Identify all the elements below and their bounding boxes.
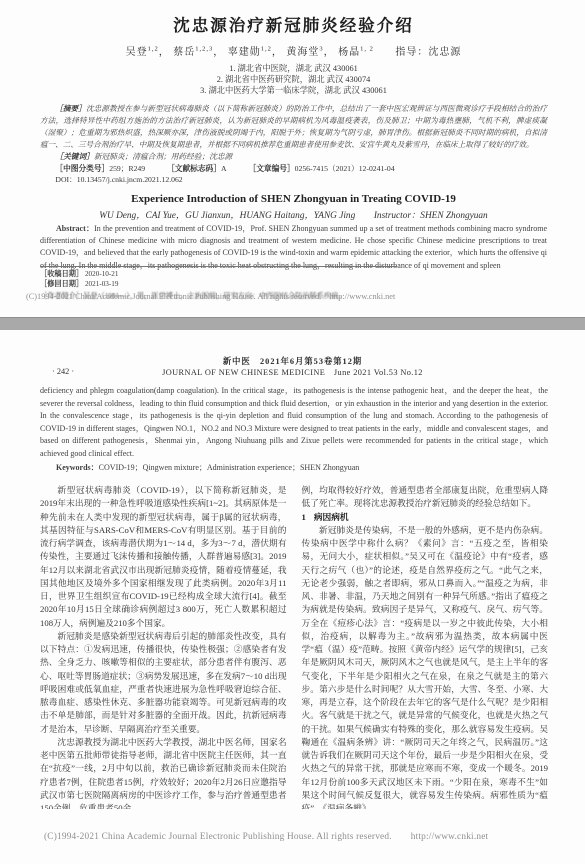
section-number: 1 (302, 512, 306, 522)
body-columns: 新型冠状病毒肺炎（COVID-19），以下简称新冠肺炎，是2019年末出现的一种… (40, 484, 548, 809)
affiliation-line: 2. 湖北省中医药研究院，湖北 武汉 430074 (40, 74, 547, 85)
affiliations: 1. 湖北省中医院，湖北 武汉 430061 2. 湖北省中医药研究院，湖北 武… (40, 63, 547, 96)
body-paragraph: 新型冠状病毒肺炎（COVID-19），以下简称新冠肺炎，是2019年末出现的一种… (40, 484, 287, 630)
journal-header-en: JOURNAL OF NEW CHINESE MEDICINE June 202… (0, 367, 585, 378)
revised-date: ［修回日期］ 2021-03-19 (40, 280, 548, 290)
doi-line: DOI：10.13457/j.cnki.jncm.2021.12.062 (40, 174, 547, 185)
en-abstract-part2: deficiency and phlegm coagulation(damp c… (40, 385, 548, 461)
copyright-line-page1: (C)1994-2021 China Academic Journal Elec… (26, 290, 395, 302)
page-2: 新中医 2021年6月第53卷第12期 JOURNAL OF NEW CHINE… (0, 330, 585, 864)
authors-line: 吴登1,2， 蔡岳1,2,3， 辜建勋1,2， 黄海堂3， 杨晶1, 2 指导：… (40, 43, 547, 58)
received-date: ［收稿日期］ 2020-10-21 (40, 270, 548, 280)
cn-keywords-label: ［关键词］ (55, 152, 93, 161)
author: 辜建勋1,2， (228, 47, 283, 58)
body-paragraph: 新冠肺炎是传染病，不是一般的外感病，更不是内伤杂病。传染病中医学中称什么病？《素… (302, 524, 549, 809)
doc-code-value: A (221, 164, 227, 173)
author: 杨晶1, 2 (338, 47, 374, 58)
author: 吴登1,2， (126, 47, 170, 58)
affiliation-line: 3. 湖北中医药大学第一临床学院，湖北 武汉 430061 (40, 85, 547, 96)
paper-viewer: 沈忠源治疗新冠肺炎经验介绍 吴登1,2， 蔡岳1,2,3， 辜建勋1,2， 黄海… (0, 0, 585, 864)
en-keywords-label: Keywords： (56, 463, 99, 472)
journal-header-cn: 新中医 2021年6月第53卷第12期 (0, 356, 585, 367)
copyright-footer: (C)1994-2021 China Academic Journal Elec… (44, 828, 549, 842)
body-right-column: 例，均取得较好疗效，普通型患者全部康复出院，危重型病人降低了死亡率。现将沈忠源教… (302, 484, 549, 809)
page-separator (0, 317, 585, 331)
page-number: · 242 · (52, 367, 74, 376)
article-title-cn: 沈忠源治疗新冠肺炎经验介绍 (40, 12, 547, 36)
doc-code-label: ［文献标志码］ (167, 164, 221, 173)
affiliation-line: 1. 湖北省中医院，湖北 武汉 430061 (40, 63, 547, 74)
page-1-content: 沈忠源治疗新冠肺炎经验介绍 吴登1,2， 蔡岳1,2,3， 辜建勋1,2， 黄海… (0, 0, 585, 272)
en-abstract-part1: Abstract：In the prevention and treatment… (40, 223, 547, 273)
cn-keywords: ［关键词］新冠肺炎；清瘟合剂；用药经验；沈忠源 (40, 151, 547, 162)
footnote-rule (40, 266, 396, 267)
author: 黄海堂3， (286, 47, 334, 58)
clc-line: ［中图分类号］259；R249［文献标志码］A［文章编号］0256-7415（2… (40, 163, 547, 174)
section-heading: 1病因病机 (302, 511, 549, 524)
clc-label: ［中图分类号］ (55, 164, 109, 173)
article-title-en: Experience Introduction of SHEN Zhongyua… (40, 193, 547, 205)
author: 蔡岳1,2,3， (173, 47, 224, 58)
page-1: 沈忠源治疗新冠肺炎经验介绍 吴登1,2， 蔡岳1,2,3， 辜建勋1,2， 黄海… (0, 0, 585, 317)
cn-abstract: ［摘要］沈忠源教授在参与新型冠状病毒肺炎（以下简称新冠肺炎）的防治工作中，总结出… (40, 103, 547, 151)
body-paragraph: 新冠肺炎是感染新型冠状病毒后引起的肺部炎性改变，具有以下特点：①发病迅速，传播很… (40, 630, 287, 736)
cn-abstract-label: ［摘要］ (55, 104, 86, 113)
authors-line-en: WU Deng，CAI Yue，GU Jianxun，HUANG Haitang… (40, 207, 547, 221)
instructor: 指导：沈忠源 (395, 47, 461, 58)
en-keywords: Keywords：COVID-19；Qingwen mixture；Admini… (40, 462, 548, 475)
article-no-label: ［文章编号］ (249, 164, 295, 173)
en-abstract-label: Abstract： (56, 224, 94, 233)
en-abstract-continued-block: deficiency and phlegm coagulation(damp c… (40, 385, 548, 474)
body-paragraph: 例，均取得较好疗效，普通型患者全部康复出院，危重型病人降低了死亡率。现将沈忠源教… (302, 484, 549, 511)
footnote-block: ［收稿日期］ 2020-10-21 ［修回日期］ 2021-03-19 ［作者简… (40, 266, 548, 302)
article-no-value: 0256-7415（2021）12-0241-04 (295, 164, 395, 173)
body-paragraph: 沈忠源教授为湖北中医药大学教授，湖北中医名师，国家名老中医第五批师带徒指导老师，… (40, 736, 287, 809)
journal-header: 新中医 2021年6月第53卷第12期 JOURNAL OF NEW CHINE… (0, 356, 585, 378)
clc-value: 259；R249 (109, 164, 145, 173)
body-left-column: 新型冠状病毒肺炎（COVID-19），以下简称新冠肺炎，是2019年末出现的一种… (40, 484, 287, 809)
overlapped-text-row: ［作者简介］吴登（1981—），男，医学博士，主治医师，研究方向：中西医结合防治… (40, 290, 548, 302)
